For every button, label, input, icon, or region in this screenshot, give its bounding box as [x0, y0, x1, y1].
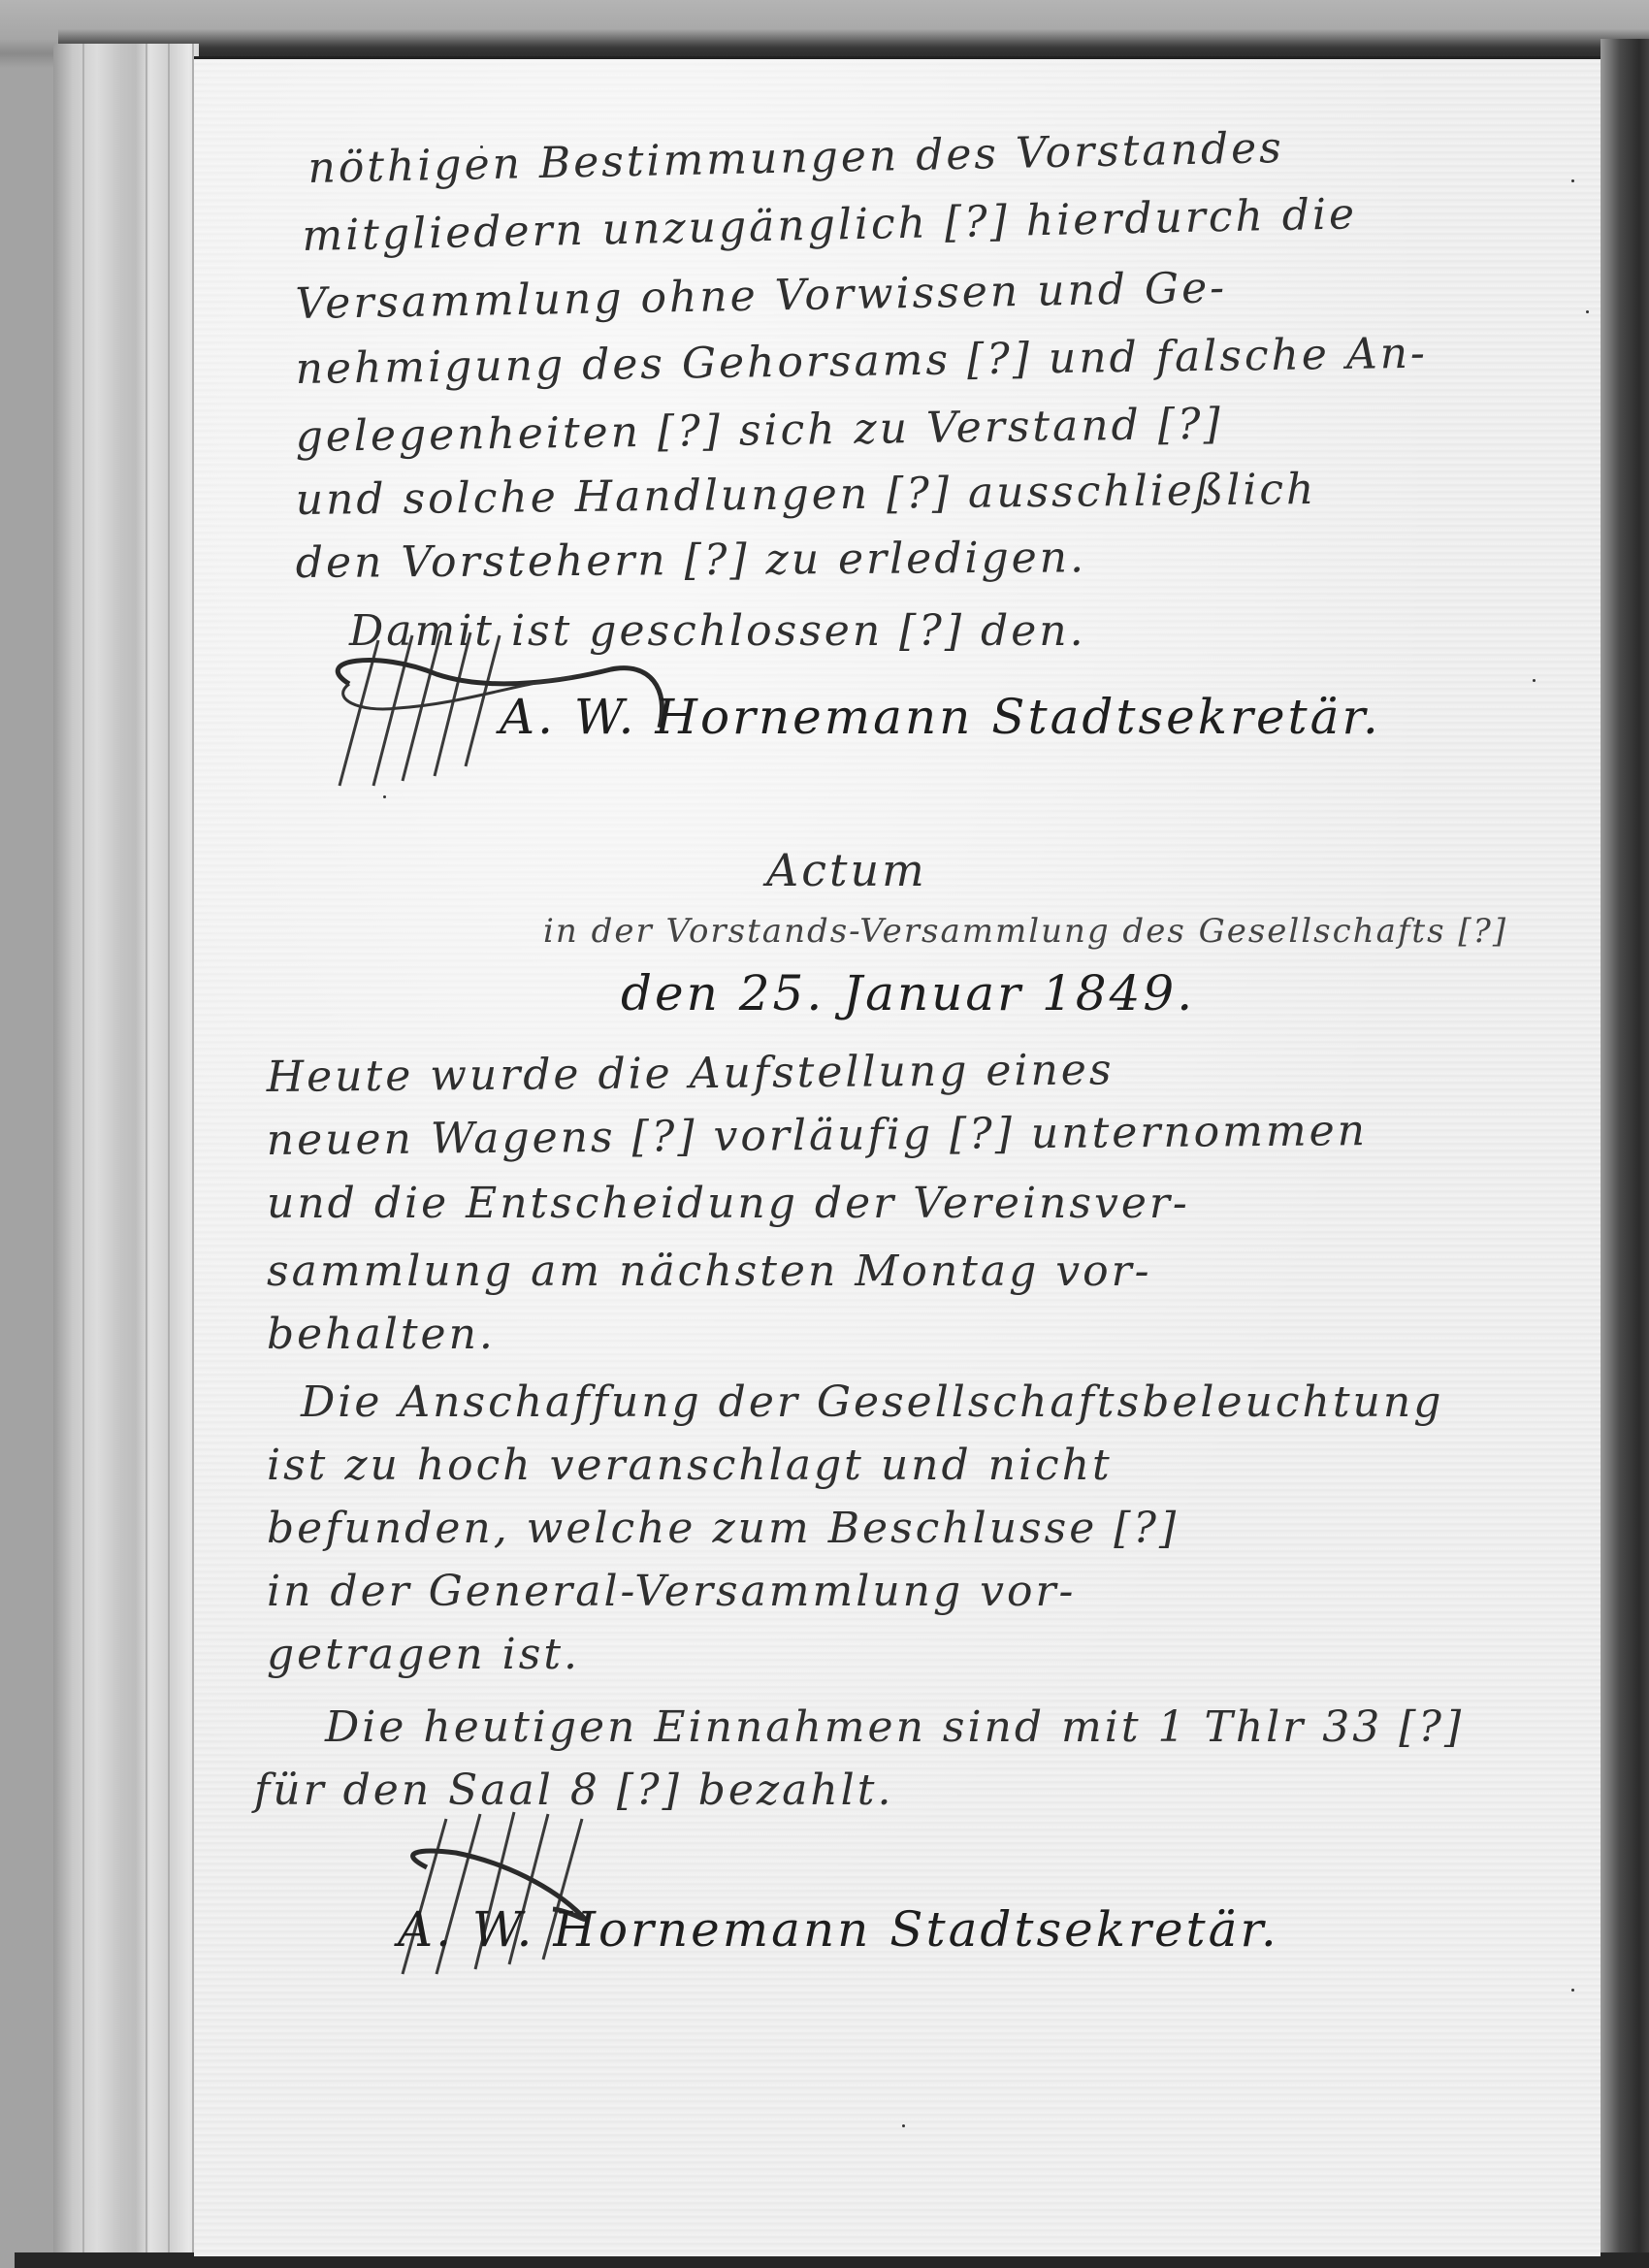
text-line: den Vorstehern [?] zu erledigen. [296, 533, 1087, 588]
actum-heading: Actum [766, 844, 927, 896]
ink-speck [1533, 679, 1536, 682]
ink-speck [1586, 310, 1589, 313]
signature-2: A. W. Hornemann Stadtsekretär. [398, 1901, 1279, 1958]
text-line: getragen ist. [267, 1630, 580, 1679]
text-line: sammlung am nächsten Montag vor- [267, 1247, 1151, 1296]
page-edge-line [82, 44, 84, 2265]
text-line: Heute wurde die Aufstellung eines [267, 1045, 1115, 1102]
actum-subheading: in der Vorstands-Versammlung des Gesells… [543, 912, 1507, 951]
page-edge-line [145, 44, 147, 2265]
text-line: befunden, welche zum Beschlusse [?] [267, 1504, 1179, 1553]
ink-speck [383, 795, 386, 798]
page-stack-edge [53, 44, 199, 2265]
page-edge-line [168, 44, 170, 2265]
ink-speck [1571, 1989, 1574, 1992]
text-line: Die Anschaffung der Gesellschaftsbeleuch… [301, 1377, 1443, 1427]
text-line: behalten. [267, 1310, 496, 1359]
date-line: den 25. Januar 1849. [621, 965, 1195, 1021]
text-line: neuen Wagens [?] vorläufig [?] unternomm… [267, 1106, 1369, 1165]
ink-speck [902, 2124, 905, 2127]
signature-1: A. W. Hornemann Stadtsekretär. [500, 689, 1381, 745]
right-edge-shadow [1600, 39, 1649, 2268]
text-line: ist zu hoch veranschlagt und nicht [267, 1441, 1113, 1490]
text-line: und die Entscheidung der Vereinsver- [267, 1179, 1190, 1228]
ink-speck [1571, 179, 1574, 182]
ink-speck [480, 146, 483, 148]
text-line: Die heutigen Einnahmen sind mit 1 Thlr 3… [325, 1702, 1464, 1752]
text-line: in der General-Versammlung vor- [267, 1567, 1076, 1616]
